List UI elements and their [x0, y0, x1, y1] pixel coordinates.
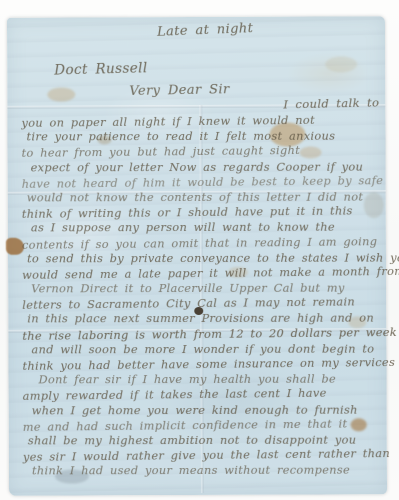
- letter-body: you on paper all night if I knew it woul…: [21, 113, 383, 479]
- letter-dateline: Late at night: [157, 21, 254, 40]
- letter-scan: Late at night Doct Russell Very Dear Sir…: [0, 0, 399, 500]
- letter-paper: Late at night Doct Russell Very Dear Sir…: [7, 16, 387, 496]
- letter-addressee: Doct Russell: [54, 60, 148, 78]
- letter-line: as I suppose any person will want to kno…: [31, 220, 382, 236]
- letter-opening-phrase: I could talk to: [283, 95, 379, 111]
- letter-line: amply rewarded if it takes the last cent…: [23, 385, 383, 404]
- letter-line: think I had used your means without reco…: [32, 463, 383, 479]
- stain: [325, 56, 357, 72]
- letter-line: in this place next summer Provisions are…: [27, 311, 382, 327]
- letter-salutation: Very Dear Sir: [129, 82, 230, 99]
- stain: [47, 88, 75, 102]
- letter-line: to hear from you but had just caught sig…: [21, 142, 381, 161]
